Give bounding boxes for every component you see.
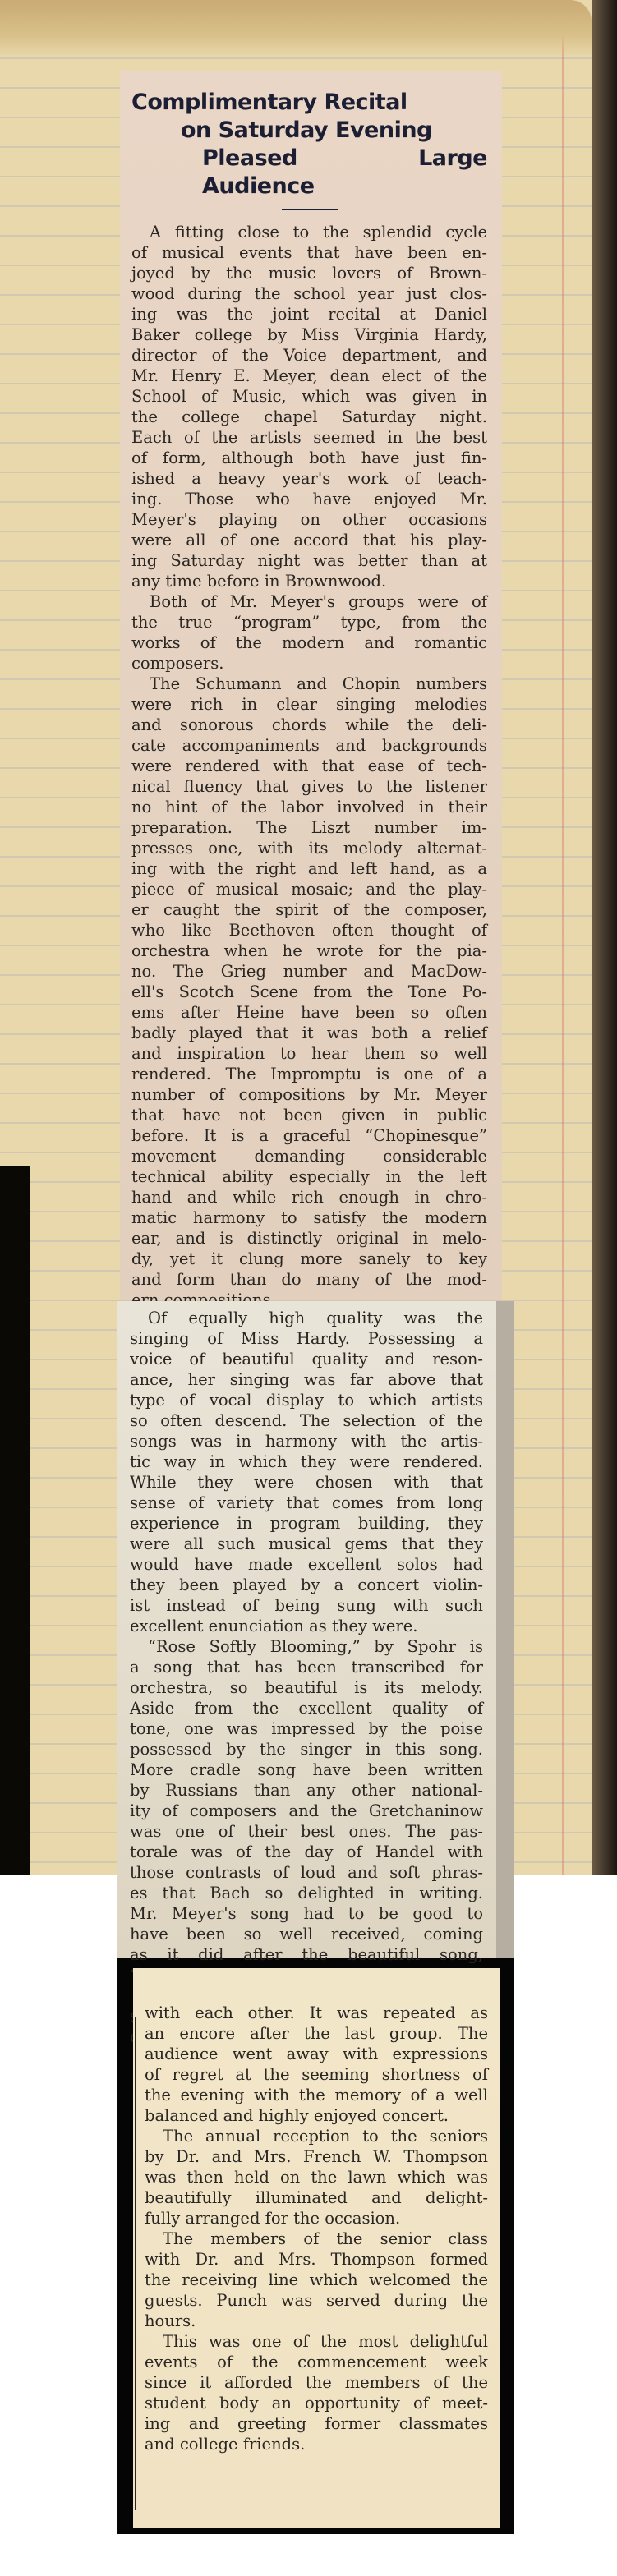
article-line: joyed by the music lovers of Brown- xyxy=(131,263,487,283)
article-line: wood during the school year just clos- xyxy=(131,283,487,304)
clipping-shadow xyxy=(496,1301,514,1958)
article-line: events of the commencement week xyxy=(145,2352,488,2372)
article-line: so often descend. The selection of the xyxy=(130,1410,483,1431)
article-line: Mr. Meyer's song had to be good to xyxy=(130,1903,483,1924)
article-line: ished a heavy year's work of teach- xyxy=(131,468,487,489)
article-line: of musical events that have been en- xyxy=(131,242,487,263)
article-line: that have not been given in public xyxy=(131,1105,487,1125)
newspaper-clipping-middle: Of equally high quality was thesinging o… xyxy=(117,1301,496,1958)
article-line: was one of their best ones. The pas- xyxy=(130,1821,483,1842)
article-line: ance, her singing was far above that xyxy=(130,1369,483,1390)
article-line: er caught the spirit of the composer, xyxy=(131,899,487,920)
article-line: and college friends. xyxy=(145,2434,488,2454)
article-line: movement demanding considerable xyxy=(131,1146,487,1166)
article-line: While they were chosen with that xyxy=(130,1472,483,1493)
article-line: fully arranged for the occasion. xyxy=(145,2208,488,2229)
article-line: and inspiration to hear them so well xyxy=(131,1043,487,1064)
article-line: the evening with the memory of a well xyxy=(145,2085,488,2105)
article-line: tic way in which they were rendered. xyxy=(130,1451,483,1472)
article-line: ing and greeting former classmates xyxy=(145,2413,488,2434)
article-line: dy, yet it clung more sanely to key xyxy=(131,1249,487,1269)
article-line: ear, and is distinctly original in melo- xyxy=(131,1228,487,1249)
article-body-part-2: Of equally high quality was thesinging o… xyxy=(130,1308,483,2047)
article-line: This was one of the most delightful xyxy=(145,2331,488,2352)
article-line: hours. xyxy=(145,2311,488,2331)
column-rule xyxy=(135,2017,136,2510)
article-line: ing with the right and left hand, as a xyxy=(131,858,487,879)
article-line: hand and while rich enough in chro- xyxy=(131,1187,487,1207)
article-line: Each of the artists seemed in the best xyxy=(131,427,487,448)
article-line: as it did after the beautiful song, xyxy=(130,1944,483,1965)
article-line: were rendered with that ease of tech- xyxy=(131,756,487,776)
article-line: were all of one accord that his play- xyxy=(131,530,487,550)
article-line: were rich in clear singing melodies xyxy=(131,694,487,715)
article-line: was then held on the lawn which was xyxy=(145,2167,488,2187)
article-line: “Rose Softly Blooming,” by Spohr is xyxy=(130,1636,483,1657)
article-line: matic harmony to satisfy the modern xyxy=(131,1207,487,1228)
article-line: The Schumann and Chopin numbers xyxy=(131,674,487,694)
article-line: badly played that it was both a relief xyxy=(131,1023,487,1043)
article-line: nical fluency that gives to the listener xyxy=(131,776,487,797)
article-line: those contrasts of loud and soft phras- xyxy=(130,1862,483,1883)
headline-line-1: Complimentary Recital xyxy=(131,89,487,117)
article-line: works of the modern and romantic xyxy=(131,632,487,653)
article-line: have been so well received, coming xyxy=(130,1924,483,1944)
article-line: who like Beethoven often thought of xyxy=(131,920,487,941)
article-line: ing. Those who have enjoyed Mr. xyxy=(131,489,487,509)
article-line: since it afforded the members of the xyxy=(145,2372,488,2393)
article-line: audience went away with expressions xyxy=(145,2044,488,2064)
article-line: they been played by a concert violin- xyxy=(130,1575,483,1595)
article-line: any time before in Brownwood. xyxy=(131,571,487,591)
article-line: es that Bach so delighted in writing. xyxy=(130,1883,483,1903)
article-line: orchestra, so beautiful is its melody. xyxy=(130,1677,483,1698)
article-line: rendered. The Impromptu is one of a xyxy=(131,1064,487,1084)
article-line: and form than do many of the mod- xyxy=(131,1269,487,1290)
article-line: orchestra when he wrote for the pia- xyxy=(131,941,487,961)
newspaper-clipping-top: Complimentary Recital on Saturday Evenin… xyxy=(120,71,502,1299)
headline-divider xyxy=(282,209,338,210)
article-line: voice of beautiful quality and reson- xyxy=(130,1349,483,1369)
article-line: More cradle song have been written xyxy=(130,1759,483,1780)
article-line: no hint of the labor involved in their xyxy=(131,797,487,817)
article-line: by Russians than any other national- xyxy=(130,1780,483,1801)
article-line: A fitting close to the splendid cycle xyxy=(131,222,487,242)
article-line: director of the Voice department, and xyxy=(131,345,487,366)
article-line: songs was in harmony with the artis- xyxy=(130,1431,483,1451)
article-line: with Dr. and Mrs. Thompson formed xyxy=(145,2249,488,2270)
article-line: no. The Grieg number and MacDow- xyxy=(131,961,487,982)
article-line: ing Saturday night was better than at xyxy=(131,550,487,571)
article-line: sense of variety that comes from long xyxy=(130,1493,483,1513)
article-line: ems after Heine have been so often xyxy=(131,1002,487,1023)
article-line: an encore after the last group. The xyxy=(145,2023,488,2044)
article-line: before. It is a graceful “Chopinesque” xyxy=(131,1125,487,1146)
article-line: ell's Scotch Scene from the Tone Po- xyxy=(131,982,487,1002)
headline-line-3: Pleased Large Audience xyxy=(131,145,487,200)
headline-line-2: on Saturday Evening xyxy=(131,117,487,145)
page-right-edge xyxy=(592,0,617,1874)
article-headline: Complimentary Recital on Saturday Evenin… xyxy=(131,89,487,200)
article-line: presses one, with its melody alternat- xyxy=(131,838,487,858)
article-line: School of Music, which was given in xyxy=(131,386,487,407)
article-line: the college chapel Saturday night. xyxy=(131,407,487,427)
article-line: preparation. The Liszt number im- xyxy=(131,817,487,838)
article-line: torale was of the day of Handel with xyxy=(130,1842,483,1862)
article-line: would have made excellent solos had xyxy=(130,1554,483,1575)
article-line: tone, one was impressed by the poise xyxy=(130,1718,483,1739)
article-line: number of compositions by Mr. Meyer xyxy=(131,1084,487,1105)
article-line: of form, although both have just fin- xyxy=(131,448,487,468)
article-line: type of vocal display to which artists xyxy=(130,1390,483,1410)
article-line: ist instead of being sung with such xyxy=(130,1595,483,1616)
article-line: Mr. Henry E. Meyer, dean elect of the xyxy=(131,366,487,386)
article-line: technical ability especially in the left xyxy=(131,1166,487,1187)
article-line: were all such musical gems that they xyxy=(130,1534,483,1554)
article-line: cate accompaniments and backgrounds xyxy=(131,735,487,756)
article-line: of regret at the seeming shortness of xyxy=(145,2064,488,2085)
article-line: excellent enunciation as they were. xyxy=(130,1616,483,1636)
article-line: singing of Miss Hardy. Possessing a xyxy=(130,1328,483,1349)
article-line: a song that has been transcribed for xyxy=(130,1657,483,1677)
article-line: the receiving line which welcomed the xyxy=(145,2270,488,2290)
article-line: experience in program building, they xyxy=(130,1513,483,1534)
page-left-spine xyxy=(0,1166,30,1874)
article-line: Aside from the excellent quality of xyxy=(130,1698,483,1718)
article-line: piece of musical mosaic; and the play- xyxy=(131,879,487,899)
article-line: the true “program” type, from the xyxy=(131,612,487,632)
article-line: Of equally high quality was the xyxy=(130,1308,483,1328)
article-line: possessed by the singer in this song. xyxy=(130,1739,483,1759)
article-line: student body an opportunity of meet- xyxy=(145,2393,488,2413)
article-line: Both of Mr. Meyer's groups were of xyxy=(131,591,487,612)
article-body-part-3: with each other. It was repeated asan en… xyxy=(145,2003,488,2454)
article-body-part-1: A fitting close to the splendid cycleof … xyxy=(131,222,487,1310)
article-line: by Dr. and Mrs. French W. Thompson xyxy=(145,2146,488,2167)
article-line: and sonorous chords while the deli- xyxy=(131,715,487,735)
article-line: guests. Punch was served during the xyxy=(145,2290,488,2311)
newspaper-clipping-bottom: with each other. It was repeated asan en… xyxy=(133,1968,500,2528)
article-line: with each other. It was repeated as xyxy=(145,2003,488,2023)
article-line: The annual reception to the seniors xyxy=(145,2126,488,2146)
article-line: The members of the senior class xyxy=(145,2229,488,2249)
article-line: ing was the joint recital at Daniel xyxy=(131,304,487,324)
article-line: ity of composers and the Gretchaninow xyxy=(130,1801,483,1821)
article-line: beautifully illuminated and delight- xyxy=(145,2187,488,2208)
article-line: balanced and highly enjoyed concert. xyxy=(145,2105,488,2126)
article-line: Baker college by Miss Virginia Hardy, xyxy=(131,324,487,345)
article-line: Meyer's playing on other occasions xyxy=(131,509,487,530)
page-top-shadow xyxy=(0,0,592,57)
article-line: composers. xyxy=(131,653,487,674)
